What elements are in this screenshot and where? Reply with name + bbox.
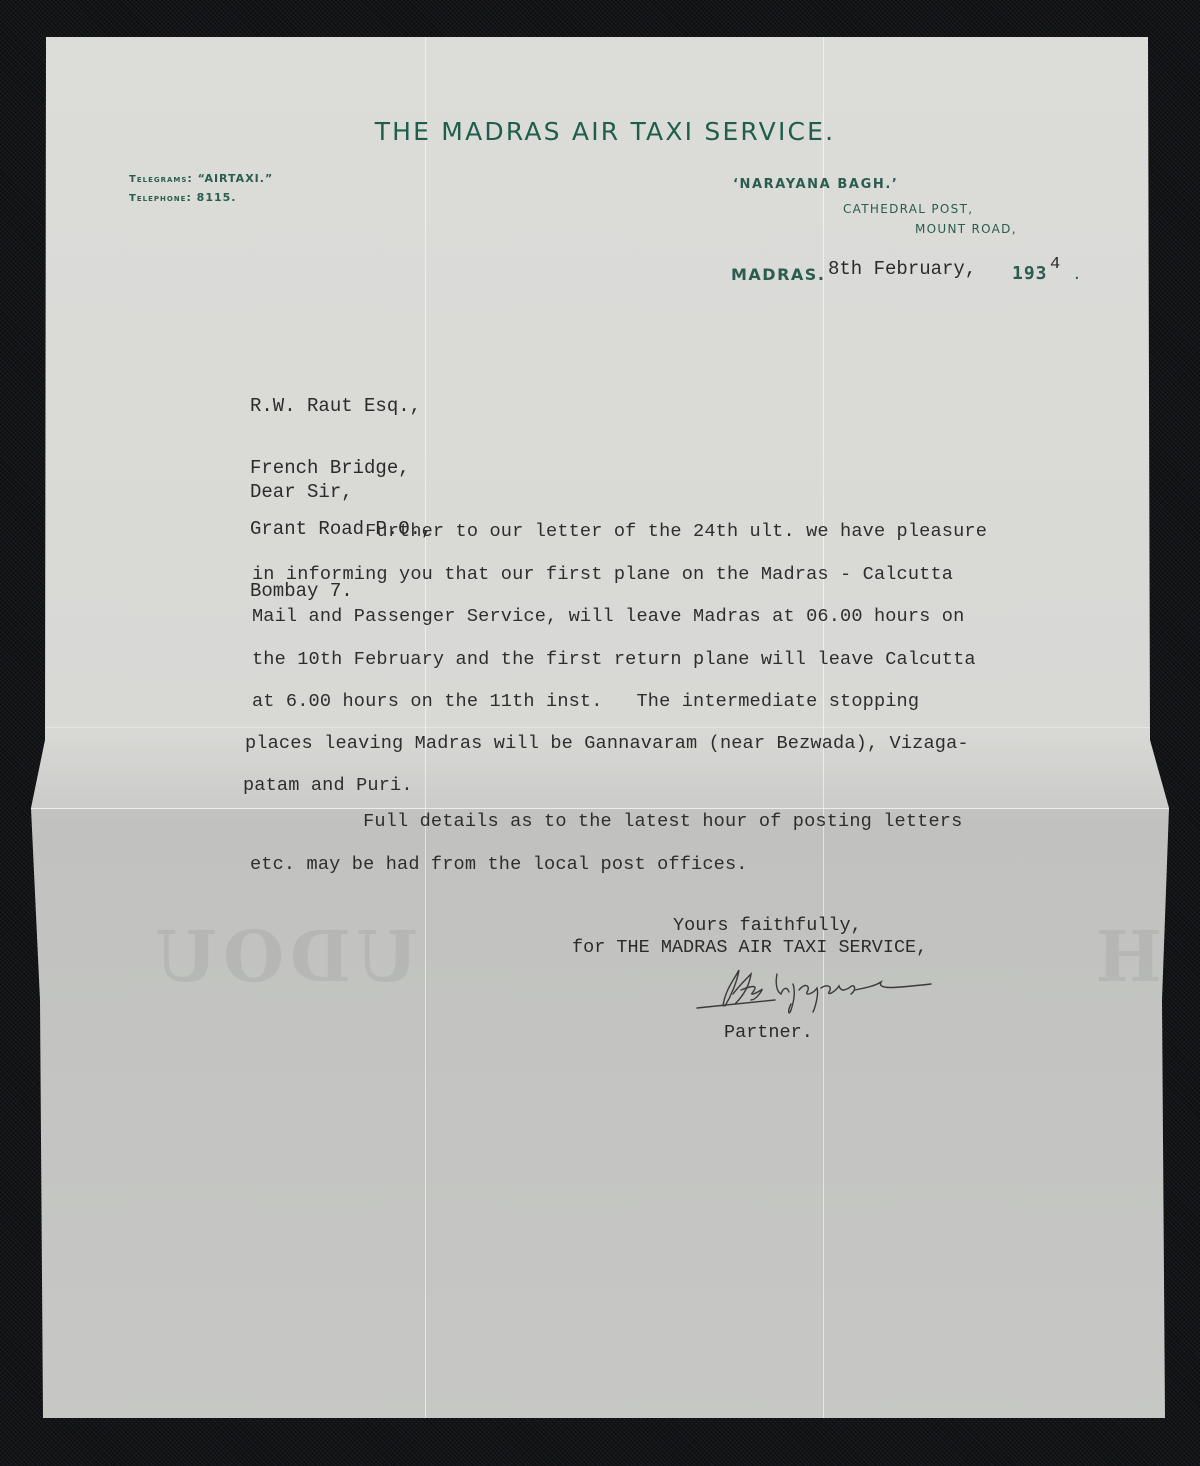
- address-line-1: ‘NARAYANA BAGH.’: [733, 177, 898, 192]
- place-name: MADRAS.: [731, 265, 825, 284]
- signatory-title: Partner.: [724, 1022, 813, 1043]
- body-line: Further to our letter of the 24th ult. w…: [252, 521, 987, 542]
- body-line: Full details as to the latest hour of po…: [250, 811, 962, 832]
- typed-year-digit: 4: [1050, 255, 1060, 274]
- telephone-line: Telephone: 8115.: [129, 191, 236, 204]
- watermark-left: UDOU: [150, 915, 418, 998]
- valediction: Yours faithfully,: [673, 915, 862, 936]
- year-period: .: [1074, 263, 1080, 284]
- body-line: Mail and Passenger Service, will leave M…: [252, 606, 964, 627]
- body-line: etc. may be had from the local post offi…: [250, 854, 748, 875]
- address-line-3: MOUNT ROAD,: [915, 222, 1017, 236]
- telegrams-line: Telegrams: “AIRTAXI.”: [129, 172, 273, 185]
- address-line-2: CATHEDRAL POST,: [843, 202, 973, 216]
- telegrams-label: Telegrams: [129, 174, 187, 185]
- watermark-right: H: [1090, 915, 1162, 998]
- handwritten-signature: [695, 960, 935, 1020]
- for-company-line: for THE MADRAS AIR TAXI SERVICE,: [572, 937, 927, 958]
- horizontal-fold-middle: [31, 808, 1169, 809]
- printed-year: 193: [1012, 263, 1048, 284]
- lower-fold-panel: [31, 808, 1169, 1418]
- telephone-value: : 8115.: [186, 191, 236, 204]
- telephone-label: Telephone: [129, 193, 186, 204]
- body-line: places leaving Madras will be Gannavaram…: [245, 733, 969, 754]
- body-line: at 6.00 hours on the 11th inst. The inte…: [252, 691, 919, 712]
- recipient-line: R.W. Raut Esq.,: [250, 396, 432, 417]
- body-line: the 10th February and the first return p…: [252, 649, 976, 670]
- recipient-line: French Bridge,: [250, 458, 432, 479]
- body-line: patam and Puri.: [243, 775, 413, 796]
- telegrams-value: : “AIRTAXI.”: [187, 172, 273, 185]
- salutation: Dear Sir,: [250, 481, 353, 503]
- typed-date: 8th February,: [828, 258, 976, 280]
- company-name-heading: THE MADRAS AIR TAXI SERVICE.: [0, 117, 1200, 146]
- body-line: in informing you that our first plane on…: [252, 564, 953, 585]
- horizontal-fold-upper: [45, 727, 1150, 728]
